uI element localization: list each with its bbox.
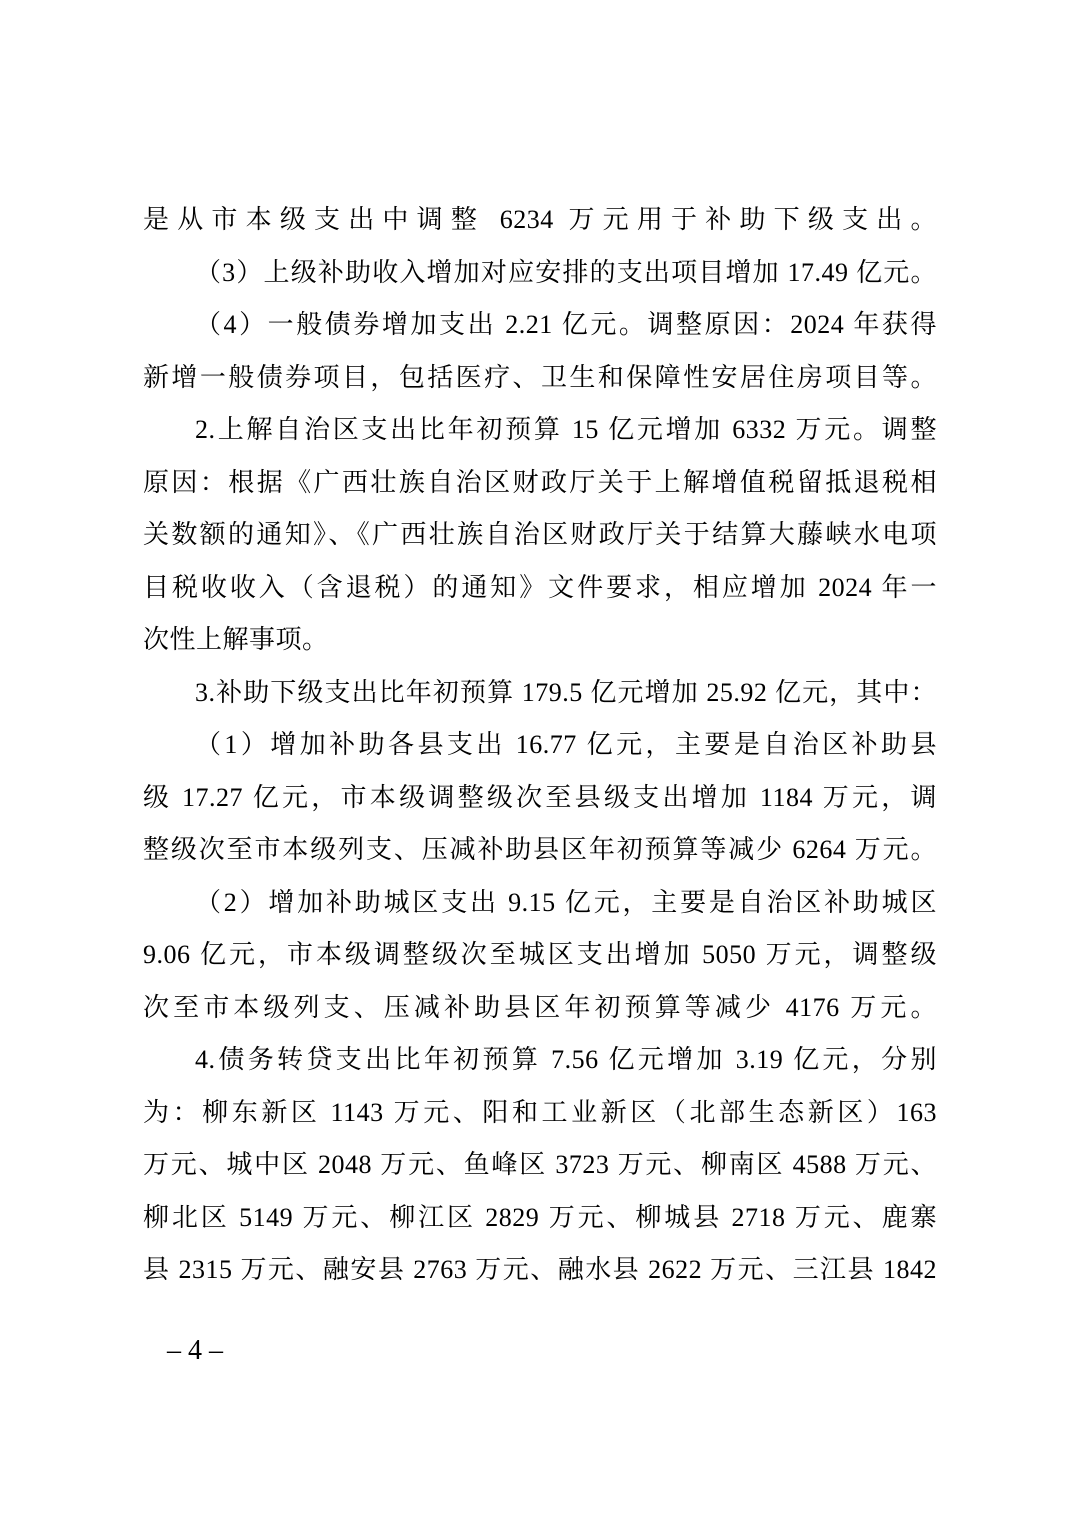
text-line: 2.上解自治区支出比年初预算 15 亿元增加 6332 万元。调整 [143,404,937,457]
text-line: （2）增加补助城区支出 9.15 亿元，主要是自治区补助城区 [143,877,937,930]
text-line: 4.债务转贷支出比年初预算 7.56 亿元增加 3.19 亿元，分别 [143,1034,937,1087]
page-number: – 4 – [167,1334,223,1368]
document-body: 是从市本级支出中调整 6234 万元用于补助下级支出。（3）上级补助收入增加对应… [143,194,937,1297]
text-line: 柳北区 5149 万元、柳江区 2829 万元、柳城县 2718 万元、鹿寨 [143,1192,937,1245]
text-line: 关数额的通知》、《广西壮族自治区财政厅关于结算大藤峡水电项 [143,509,937,562]
text-line: 次至市本级列支、压减补助县区年初预算等减少 4176 万元。 [143,982,937,1035]
text-line: 原因：根据《广西壮族自治区财政厅关于上解增值税留抵退税相 [143,457,937,510]
text-line: 目税收收入（含退税）的通知》文件要求，相应增加 2024 年一 [143,562,937,615]
text-line: 9.06 亿元，市本级调整级次至城区支出增加 5050 万元，调整级 [143,929,937,982]
text-line: 次性上解事项。 [143,614,937,667]
text-line: 万元、城中区 2048 万元、鱼峰区 3723 万元、柳南区 4588 万元、 [143,1139,937,1192]
text-line: 县 2315 万元、融安县 2763 万元、融水县 2622 万元、三江县 18… [143,1244,937,1297]
text-line: （1）增加补助各县支出 16.77 亿元，主要是自治区补助县 [143,719,937,772]
text-line: 新增一般债券项目，包括医疗、卫生和保障性安居住房项目等。 [143,352,937,405]
text-line: 级 17.27 亿元，市本级调整级次至县级支出增加 1184 万元，调 [143,772,937,825]
document-page: 是从市本级支出中调整 6234 万元用于补助下级支出。（3）上级补助收入增加对应… [0,0,1074,1520]
text-line: 是从市本级支出中调整 6234 万元用于补助下级支出。 [143,194,937,247]
text-line: 为：柳东新区 1143 万元、阳和工业新区（北部生态新区）163 [143,1087,937,1140]
text-line: （4）一般债券增加支出 2.21 亿元。调整原因：2024 年获得 [143,299,937,352]
text-line: 整级次至市本级列支、压减补助县区年初预算等减少 6264 万元。 [143,824,937,877]
text-line: （3）上级补助收入增加对应安排的支出项目增加 17.49 亿元。 [143,247,937,300]
text-line: 3.补助下级支出比年初预算 179.5 亿元增加 25.92 亿元，其中： [143,667,937,720]
